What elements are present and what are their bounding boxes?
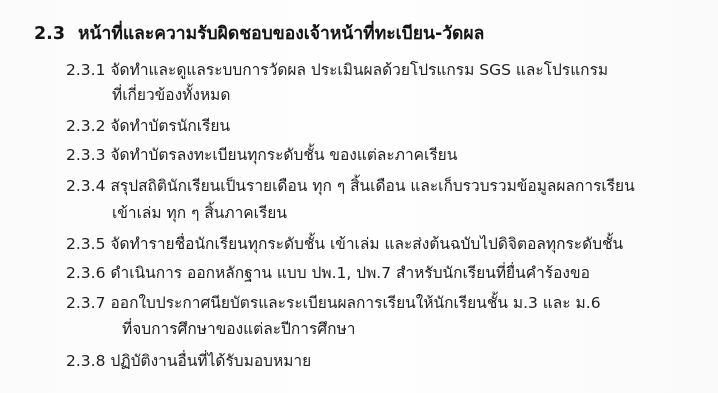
item-text: ดำเนินการ ออกหลักฐาน แบบ ปพ.1, ปพ.7 สำหร…	[110, 264, 589, 282]
item-number: 2.3.7	[66, 294, 105, 312]
item-text: สรุปสถิตินักเรียนเป็นรายเดือน ทุก ๆ สิ้น…	[110, 177, 634, 195]
item-number: 2.3.1	[66, 61, 105, 79]
list-item: 2.3.6ดำเนินการ ออกหลักฐาน แบบ ปพ.1, ปพ.7…	[66, 260, 590, 285]
item-continuation: เข้าเล่ม ทุก ๆ สิ้นภาคเรียน	[112, 200, 287, 225]
section-heading: 2.3หน้าที่และความรับผิดชอบของเจ้าหน้าที่…	[34, 19, 484, 47]
section-title: หน้าที่และความรับผิดชอบของเจ้าหน้าที่ทะเ…	[78, 24, 484, 44]
item-number: 2.3.4	[66, 177, 105, 195]
item-text: ออกใบประกาศนียบัตรและระเบียนผลการเรียนให…	[110, 294, 600, 312]
list-item: 2.3.5จัดทำรายชื่อนักเรียนทุกระดับชั้น เข…	[66, 231, 623, 256]
list-item: 2.3.4สรุปสถิตินักเรียนเป็นรายเดือน ทุก ๆ…	[66, 173, 635, 198]
item-number: 2.3.2	[66, 117, 105, 135]
list-item: 2.3.1จัดทำและดูแลระบบการวัดผล ประเมินผลด…	[66, 57, 608, 82]
item-continuation: ที่จบการศึกษาของแต่ละปีการศึกษา	[122, 316, 355, 341]
item-number: 2.3.6	[66, 264, 105, 282]
list-item: 2.3.8ปฏิบัติงานอื่นที่ได้รับมอบหมาย	[66, 348, 311, 373]
document-page: 2.3หน้าที่และความรับผิดชอบของเจ้าหน้าที่…	[0, 0, 718, 393]
item-number: 2.3.3	[66, 146, 105, 164]
item-text: ปฏิบัติงานอื่นที่ได้รับมอบหมาย	[110, 352, 311, 370]
list-item: 2.3.2จัดทำบัตรนักเรียน	[66, 113, 230, 138]
item-continuation: ที่เกี่ยวข้องทั้งหมด	[112, 82, 230, 107]
item-text: จัดทำและดูแลระบบการวัดผล ประเมินผลด้วยโป…	[110, 61, 608, 79]
item-text: จัดทำบัตรลงทะเบียนทุกระดับชั้น ของแต่ละภ…	[110, 146, 457, 164]
list-item: 2.3.7ออกใบประกาศนียบัตรและระเบียนผลการเร…	[66, 290, 601, 315]
item-number: 2.3.8	[66, 352, 105, 370]
item-text: จัดทำบัตรนักเรียน	[110, 117, 230, 135]
item-text: จัดทำรายชื่อนักเรียนทุกระดับชั้น เข้าเล่…	[110, 235, 623, 253]
item-number: 2.3.5	[66, 235, 105, 253]
list-item: 2.3.3จัดทำบัตรลงทะเบียนทุกระดับชั้น ของแ…	[66, 142, 457, 167]
section-number: 2.3	[34, 24, 78, 44]
